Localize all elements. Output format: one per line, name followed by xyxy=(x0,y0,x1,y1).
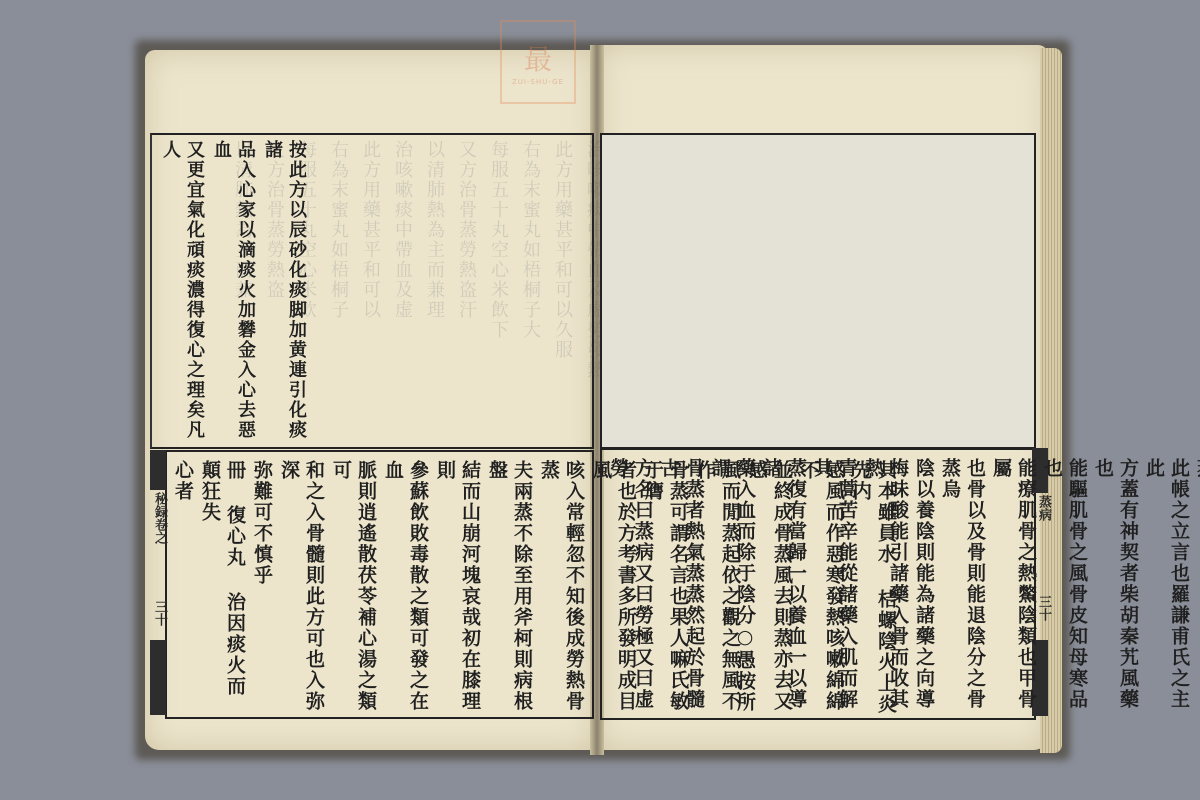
text-column: 蒸復有當歸一以養血一以導諸 xyxy=(758,458,808,716)
text-column: 咳入常輕忽不知後成勞熱骨蒸 xyxy=(536,460,586,715)
text-column: 能驅肌骨之風骨皮知母寒品也 xyxy=(1039,458,1089,716)
text-column: 夫兩蒸不除至用斧柯則病根盤 xyxy=(484,460,534,715)
right-main-text: ○方考曰風陽氣也故在表則表 熱在裏則裏熱附骨則骨蒸壮熱 久蒸則肌肉消瘦無風不作骨… xyxy=(605,458,1200,716)
collection-seal: 最 ZUI-SHU-GE xyxy=(500,20,576,104)
seal-glyph: 最 xyxy=(524,38,552,78)
text-column: 心者 xyxy=(170,460,195,715)
text-column: 脈則逍遙散茯苓補心湯之類可 xyxy=(328,460,378,715)
left-margin-title: 秘録卷之 xyxy=(150,492,169,544)
text-column: 能療肌骨之熱鱉陰類也甲骨屬 xyxy=(988,458,1038,716)
left-margin-page: 三十 xyxy=(150,600,169,626)
fish-tail-mark xyxy=(150,450,166,490)
text-column: 梅味酸能引諸藥入骨而收其熱 xyxy=(860,458,910,716)
text-column: 也骨以及骨則能退陰分之骨蒸烏 xyxy=(937,458,987,716)
annotation-column: 按此方以辰砂化痰脚加黄連引化痰諸 xyxy=(260,140,308,445)
text-column: 久蒸則肌肉消瘦無風不作骨蒸 xyxy=(1192,458,1200,716)
fish-tail-mark xyxy=(150,640,166,715)
text-column: 方蓋有神契者柴胡秦艽風藥也 xyxy=(1090,458,1140,716)
text-column: 青蒿苦辛能從諸藥入肌而解其 xyxy=(809,458,859,716)
text-column: 骨蒸者熱氣蒸蒸然起於骨髓古 xyxy=(656,458,706,716)
text-column: 此帳之立言也羅謙甫氏之主此 xyxy=(1141,458,1191,716)
annotation-column: 品入心家以滴痰火加礬金入心去惡血 xyxy=(209,140,257,445)
text-column: 陰以養陰則能為諸藥之向導 xyxy=(911,458,936,716)
annotation-column: 又更宜氣化頑痰濃得復心之理矣凡人 xyxy=(158,140,206,445)
seal-caption: ZUI-SHU-GE xyxy=(512,78,564,86)
text-column: 結而山崩河塊哀哉初在膝理則 xyxy=(432,460,482,715)
text-column: 藥入血而除于陰分○愚按所謂 xyxy=(707,458,757,716)
text-column: 參蘇飲敗毒散之類可發之在血 xyxy=(380,460,430,715)
text-column: 冊 復心丸 治因痰火而顛狂失 xyxy=(197,460,247,715)
text-column: 和之入骨髓則此方可也入弥深 xyxy=(276,460,326,715)
left-annotation-text: 按此方以辰砂化痰脚加黄連引化痰諸 品入心家以滴痰火加礬金入心去惡血 又更宜氣化頑… xyxy=(158,140,308,445)
right-blank-frame xyxy=(600,133,1036,449)
text-column: 弥難可不慎乎 xyxy=(249,460,274,715)
text-column: 方名曰蒸病又曰勞極又曰虚勞 xyxy=(605,458,655,716)
